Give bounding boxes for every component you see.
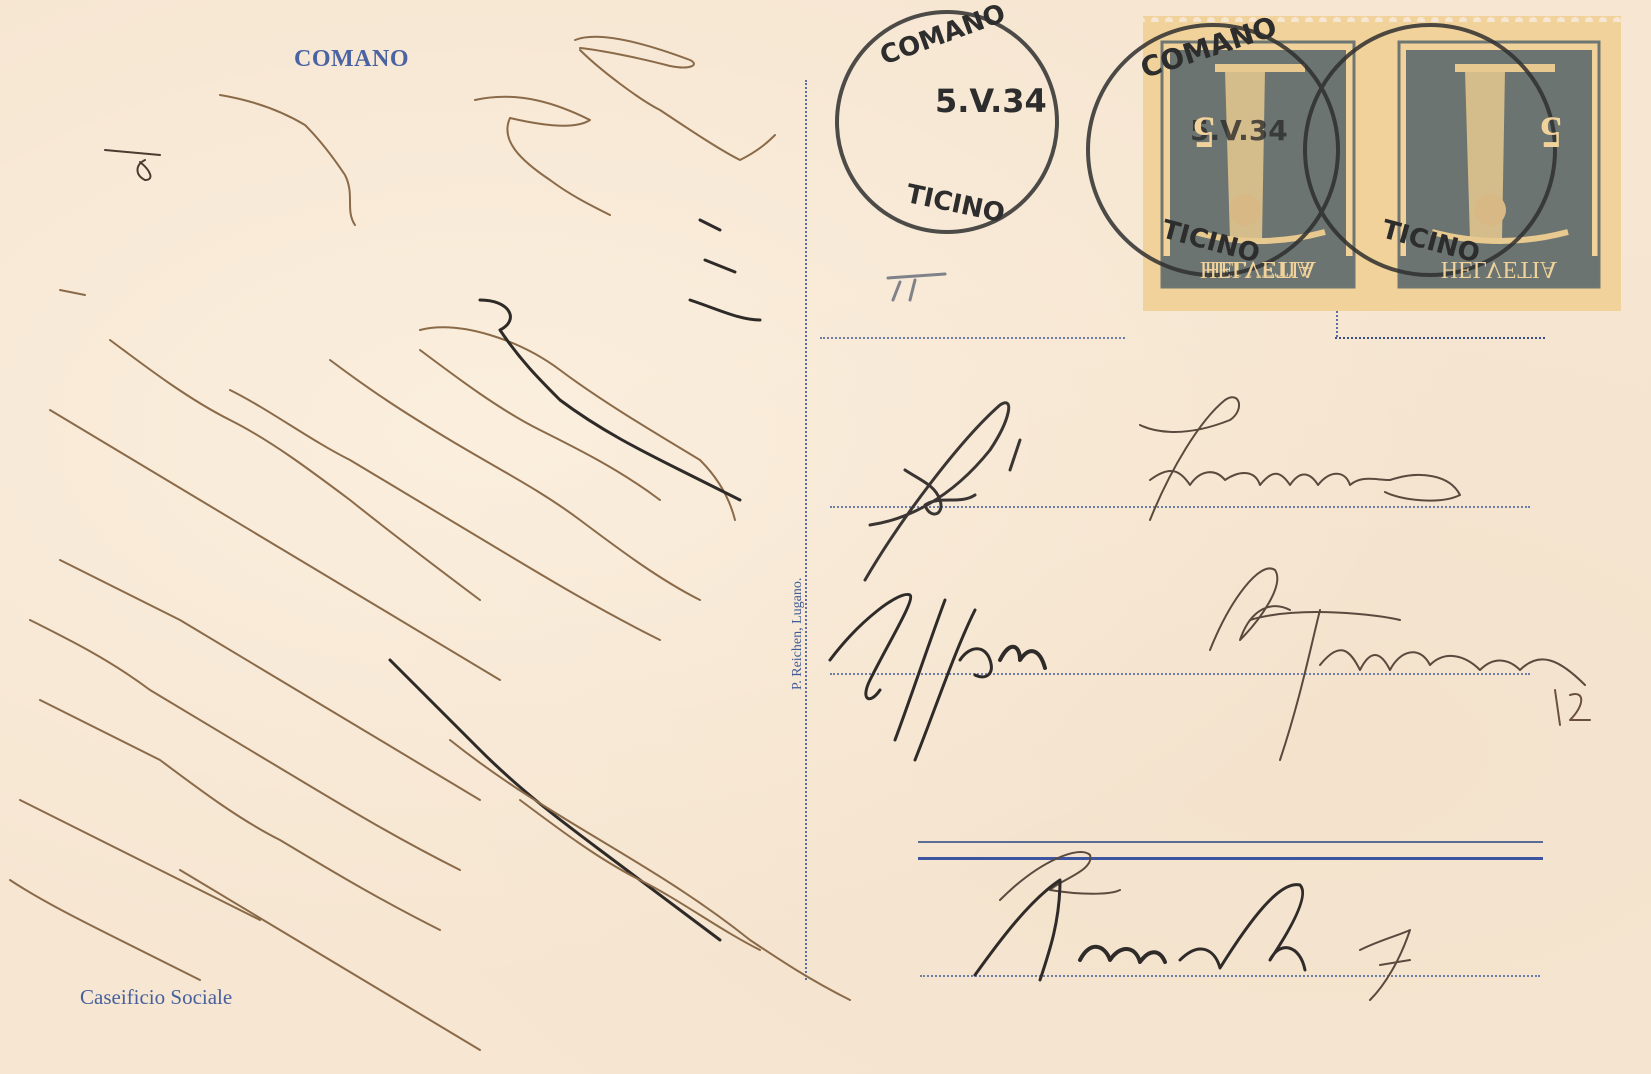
postcard-back: COMANO Caseificio Sociale P. Reichen, Lu… (0, 0, 1651, 1074)
address-handwriting-line1 (865, 397, 1460, 580)
pencil-note (888, 274, 945, 300)
handwriting (0, 0, 1651, 1074)
message-handwriting (10, 37, 850, 1050)
address-handwriting-line2 (830, 568, 1590, 760)
address-handwriting-line3 (975, 852, 1410, 1000)
